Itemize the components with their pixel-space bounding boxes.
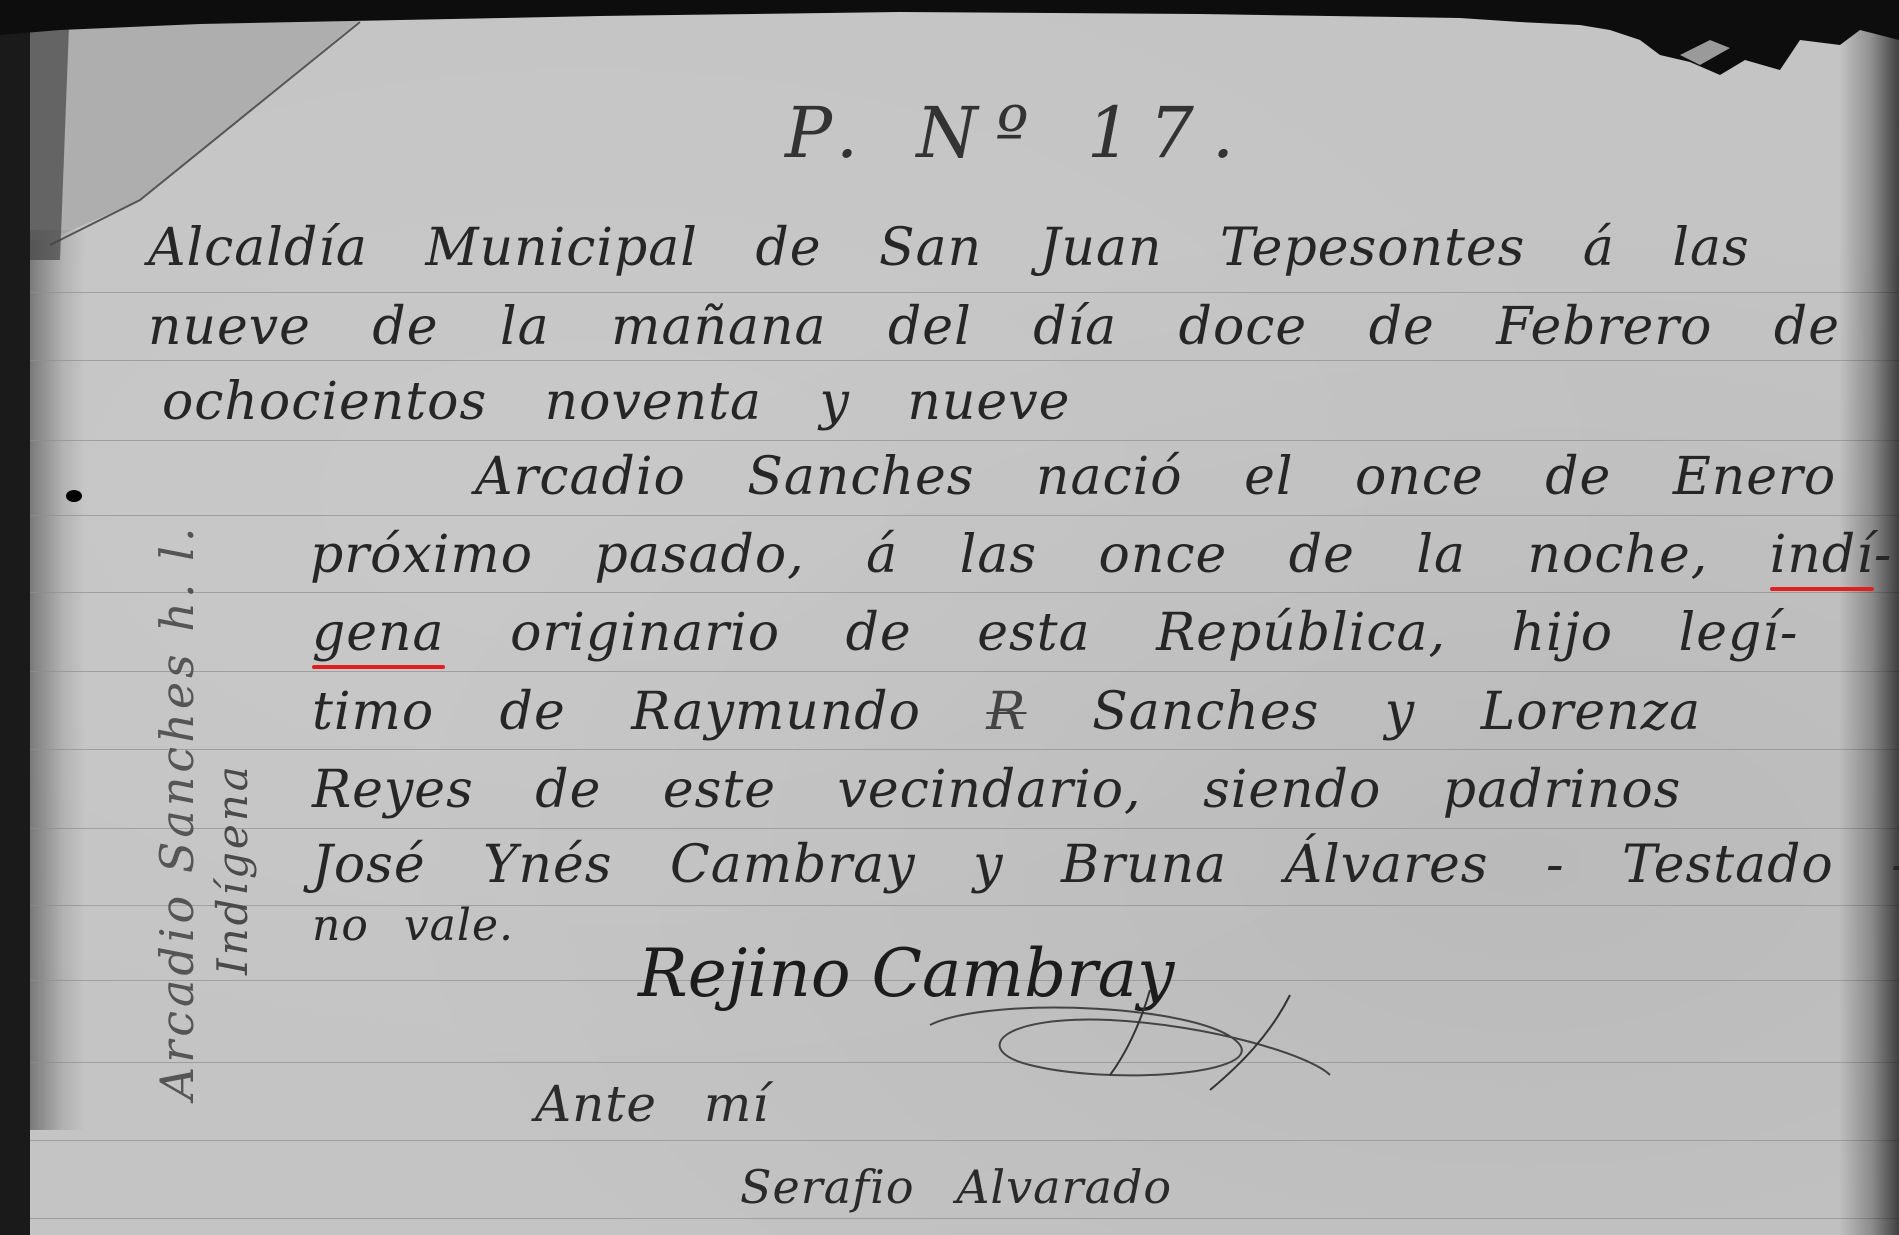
underlined-text: indí <box>1770 525 1874 585</box>
entry-line-7-text: timo de Raymundo <box>312 682 986 742</box>
margin-note-status: Indígena <box>208 763 257 975</box>
entry-line-5: próximo pasado, á las once de la noche, … <box>310 525 1892 585</box>
binding-shadow <box>1839 0 1899 1235</box>
entry-line-9: José Ynés Cambray y Bruna Álvares - Test… <box>312 835 1899 895</box>
punch-hole <box>66 490 82 502</box>
entry-line-6: gena originario de esta República, hijo … <box>312 603 1799 663</box>
red-underline <box>312 665 445 669</box>
entry-line-7-text-end: Sanches y Lorenza <box>1027 682 1702 742</box>
official-signature: Serafio Alvarado <box>740 1160 1172 1214</box>
highlighted-word-part-2: gena <box>312 603 445 663</box>
register-page: P. Nº 17. Alcaldía Municipal de San Juan… <box>30 0 1899 1235</box>
entry-line-8: Reyes de este vecindario, siendo padrino… <box>312 760 1681 820</box>
entry-line-6-text: originario de esta República, hijo legí- <box>445 603 1799 663</box>
edge-stain <box>30 230 85 1130</box>
entry-line-10: no vale. <box>312 900 514 951</box>
entry-line-2: nueve de la mañana del día doce de Febre… <box>148 297 1899 357</box>
hyphen: - <box>1874 525 1893 585</box>
underlined-text: gena <box>312 603 445 663</box>
highlighted-word-part-1: indí <box>1770 525 1874 585</box>
entry-line-4: Arcadio Sanches nació el once de Enero <box>475 447 1836 507</box>
before-me-label: Ante mí <box>535 1075 769 1133</box>
margin-note-name: Arcadio Sanches h. l. <box>150 524 204 1100</box>
struck-out-letter: R <box>986 682 1026 742</box>
red-underline <box>1770 587 1874 591</box>
signature-flourish <box>910 985 1370 1095</box>
entry-line-1: Alcaldía Municipal de San Juan Tepesonte… <box>148 218 1750 278</box>
entry-line-5-text: próximo pasado, á las once de la noche, <box>310 525 1770 585</box>
entry-line-7: timo de Raymundo R Sanches y Lorenza <box>312 682 1701 742</box>
entry-line-3: ochocientos noventa y nueve <box>162 372 1070 432</box>
entry-number: P. Nº 17. <box>785 92 1252 174</box>
